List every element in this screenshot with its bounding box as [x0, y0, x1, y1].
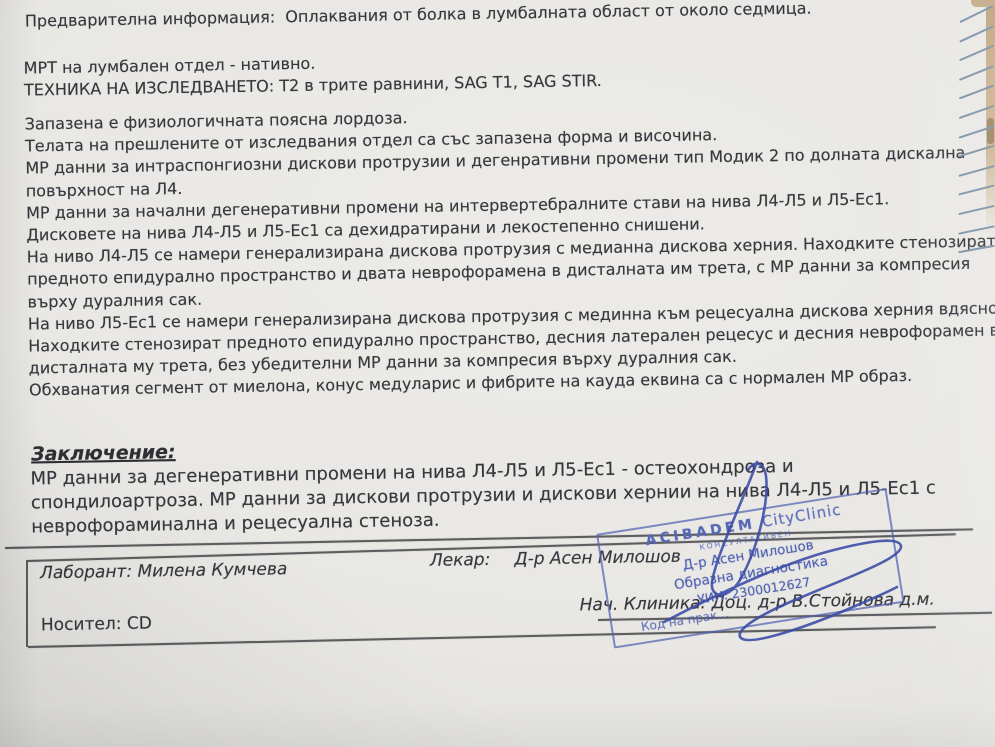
- edge-tally-mark: [958, 145, 994, 158]
- edge-tally-mark: [959, 85, 994, 100]
- laborant-line: Лаборант: Милена Кумчева: [40, 559, 288, 583]
- edge-tally-mark: [959, 45, 994, 62]
- media-line: Носител: CD: [41, 614, 152, 636]
- edge-tally-mark: [959, 65, 994, 81]
- exam-technique-lines: МРТ на лумбален отдел - нативно.ТЕХНИКА …: [24, 48, 602, 102]
- edge-tally-marks: [951, 0, 995, 300]
- edge-tally-mark: [959, 105, 995, 119]
- edge-tally-mark: [958, 245, 995, 254]
- edge-tally-mark: [958, 165, 994, 177]
- edge-tally-mark: [958, 185, 994, 196]
- document-photo: Предварителна информация: Оплаквания от …: [0, 0, 995, 747]
- conclusion-heading: Заключение:: [31, 441, 176, 465]
- preliminary-info-line: Предварителна информация: Оплаквания от …: [25, 0, 812, 31]
- edge-tally-mark: [958, 205, 995, 215]
- edge-tally-mark: [958, 225, 995, 235]
- edge-tally-mark: [959, 125, 995, 139]
- report-text-block: Предварителна информация: Оплаквания от …: [0, 0, 995, 747]
- edge-tally-mark: [959, 25, 994, 42]
- doctor-label: Лекар:: [430, 550, 491, 571]
- edge-tally-mark: [959, 5, 993, 23]
- findings-lines: Запазена е физиологичната поясна лордоза…: [24, 97, 995, 402]
